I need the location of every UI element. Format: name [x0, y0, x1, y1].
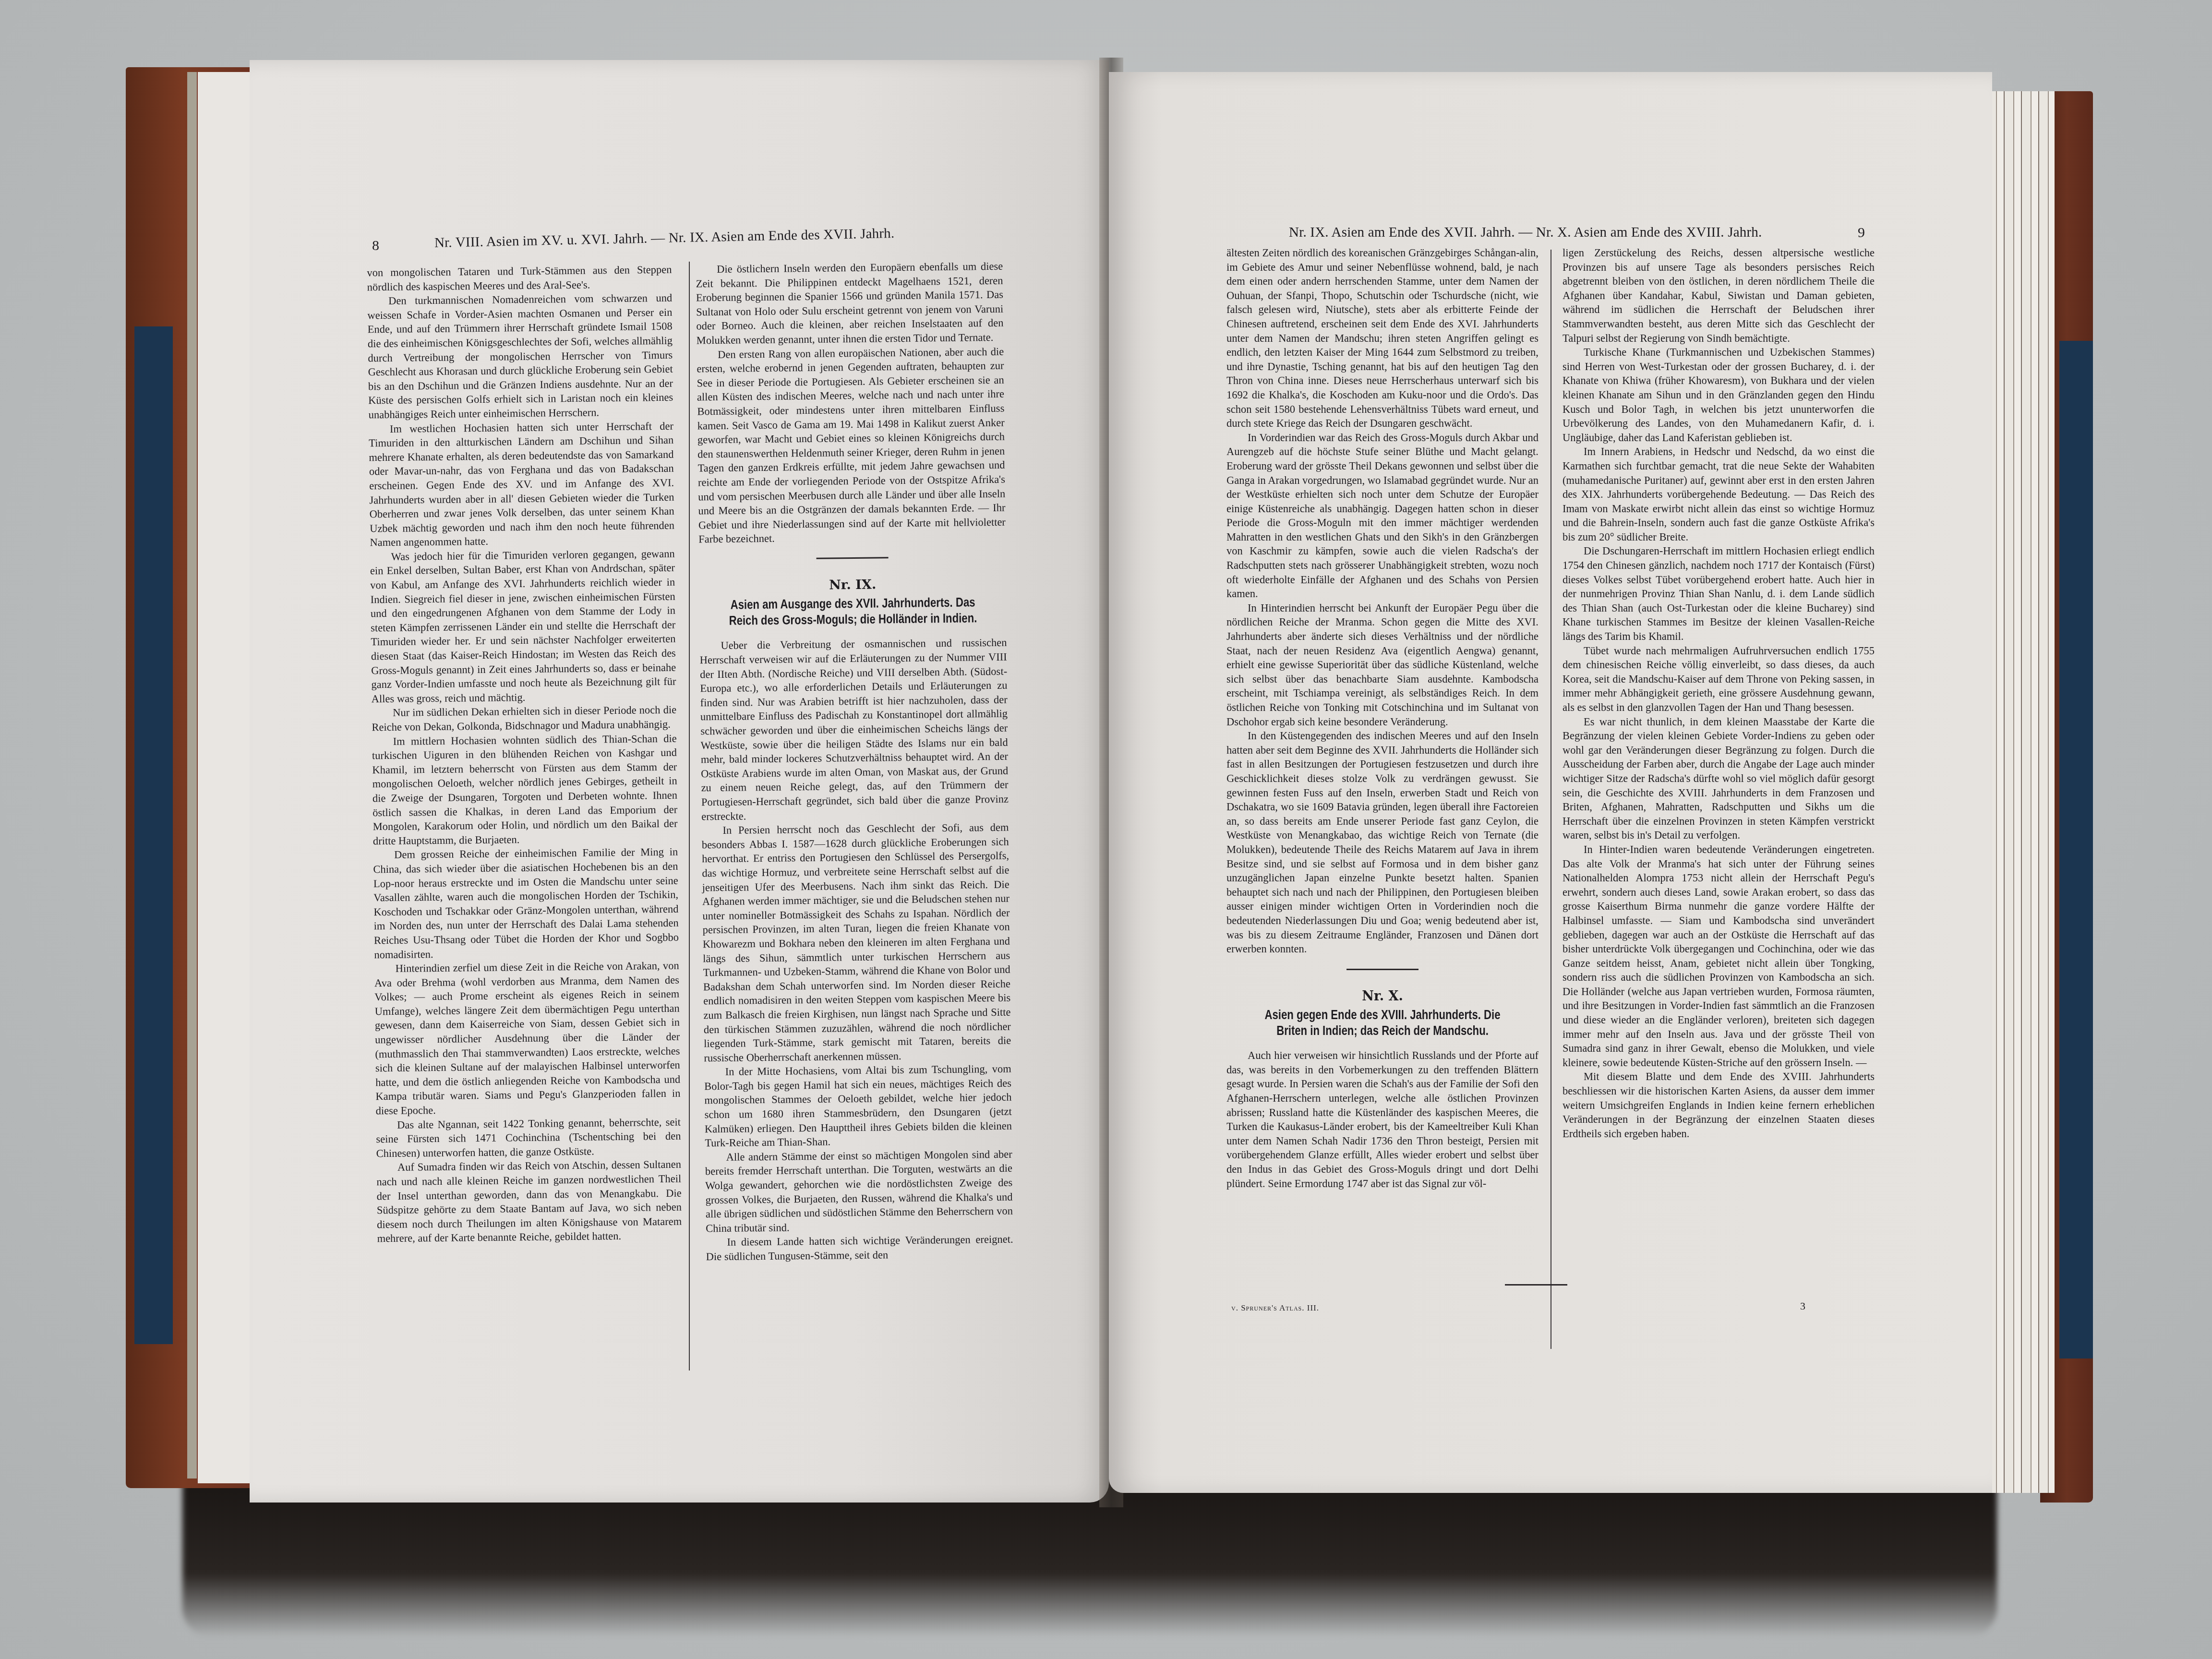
spine-cloth-right: [2059, 341, 2093, 1358]
paragraph: In Vorderindien war das Reich des Gross-…: [1226, 431, 1539, 601]
paragraph: Auch hier verweisen wir hinsichtlich Rus…: [1226, 1048, 1539, 1190]
paragraph: Auf Sumadra finden wir das Reich von Ats…: [376, 1157, 682, 1246]
text-column-2: ligen Zerstückelung des Reichs, dessen a…: [1563, 246, 1875, 1141]
paragraph: Die östlichern Inseln werden den Europäe…: [696, 259, 1004, 348]
paragraph: von mongolischen Tataren und Turk-Stämme…: [367, 263, 672, 294]
right-page: Nr. IX. Asien am Ende des XVII. Jahrh. —…: [1109, 72, 1992, 1493]
left-page: 8 Nr. VIII. Asien im XV. u. XVI. Jahrh. …: [250, 60, 1109, 1503]
paragraph: Im westlichen Hochasien hatten sich unte…: [369, 419, 675, 550]
text-column-1: von mongolischen Tataren und Turk-Stämme…: [367, 263, 682, 1246]
paragraph: In den Küstengegenden des indischen Meer…: [1226, 729, 1539, 956]
paragraph: Turkische Khane (Turkmannischen und Uzbe…: [1563, 345, 1875, 445]
paragraph: In Hinterindien herrscht bei Ankunft der…: [1226, 601, 1539, 729]
paragraph: ältesten Zeiten nördlich des koreanische…: [1226, 246, 1539, 431]
section-number: Nr. IX.: [699, 577, 1006, 594]
paragraph: In Persien herrscht noch das Geschlecht …: [701, 820, 1011, 1065]
paragraph: In Hinter-Indien waren bedeutende Veränd…: [1563, 842, 1875, 1070]
running-head: Nr. IX. Asien am Ende des XVII. Jahrh. —…: [1289, 225, 1762, 240]
paragraph: Die Dschungaren-Herrschaft im mittlern H…: [1563, 544, 1875, 643]
section-number: Nr. X.: [1226, 989, 1539, 1004]
section-rule: [1346, 969, 1419, 970]
paragraph: Mit diesem Blatte und dem Ende des XVIII…: [1563, 1070, 1875, 1141]
paragraph: Hinterindien zerfiel um diese Zeit in di…: [374, 959, 681, 1118]
page-stack-right: [1987, 91, 2055, 1493]
spine-cloth-left: [134, 326, 173, 1344]
sheet-number: 3: [1800, 1300, 1805, 1312]
text-column-2: Die östlichern Inseln werden den Europäe…: [696, 259, 1013, 1264]
paragraph: Den turkmannischen Nomadenreichen vom sc…: [367, 291, 673, 422]
text-column-1: ältesten Zeiten nördlich des koreanische…: [1226, 246, 1539, 1190]
paragraph: Was jedoch hier für die Timuriden verlor…: [370, 547, 676, 706]
paragraph: Im Innern Arabiens, in Hedschr und Nedsc…: [1563, 445, 1875, 544]
running-head: Nr. VIII. Asien im XV. u. XVI. Jahrh. — …: [434, 226, 895, 251]
column-divider: [689, 262, 690, 1370]
paragraph: Es war nicht thunlich, in dem kleinen Ma…: [1563, 715, 1875, 842]
paragraph: Im mittlern Hochasien wohnten südlich de…: [372, 731, 678, 848]
printer-signature: v. Spruner's Atlas. III.: [1231, 1303, 1319, 1313]
section-title: Asien gegen Ende des XVIII. Jahrhunderts…: [1255, 1007, 1511, 1039]
page-number: 9: [1858, 225, 1865, 241]
paragraph: Tübet wurde nach mehrmaligen Aufruhrvers…: [1563, 644, 1875, 715]
paragraph: Nur im südlichen Dekan erhielten sich in…: [372, 703, 677, 734]
paragraph: In diesem Lande hatten sich wichtige Ver…: [706, 1232, 1013, 1264]
paragraph: ligen Zerstückelung des Reichs, dessen a…: [1563, 246, 1875, 345]
paragraph: In der Mitte Hochasiens, vom Altai bis z…: [704, 1062, 1012, 1150]
section-title: Asien am Ausgange des XVII. Jahrhunderts…: [727, 595, 979, 629]
paragraph: Das alte Ngannan, seit 1422 Tonking gena…: [376, 1115, 681, 1160]
paragraph: Ueber die Verbreitung der osmannischen u…: [699, 636, 1009, 823]
paragraph: Alle andern Stämme der einst so mächtige…: [705, 1147, 1013, 1235]
paragraph: Dem grossen Reiche der einheimischen Fam…: [373, 845, 679, 962]
paragraph: Den ersten Rang von allen europäischen N…: [697, 344, 1006, 546]
section-rule: [817, 557, 889, 559]
footer-rule: [1505, 1284, 1567, 1286]
page-number: 8: [372, 238, 379, 254]
column-divider: [1551, 250, 1551, 1349]
